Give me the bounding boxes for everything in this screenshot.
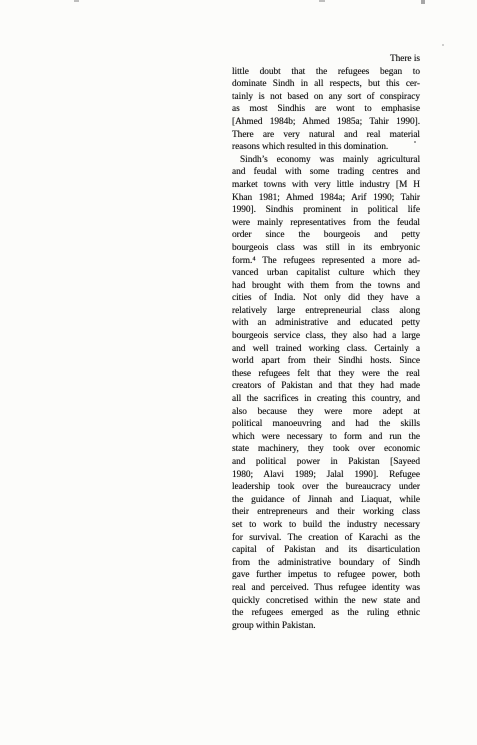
- text-line: their entrepreneurs and their working cl…: [232, 506, 420, 519]
- text-line: bourgeois class was still in its embryon…: [232, 242, 420, 255]
- text-line: set to work to build the industry necess…: [232, 519, 420, 532]
- text-line: reasons which resulted in this dominatio…: [232, 141, 420, 154]
- text-line: and feudal with some trading centres and: [232, 166, 420, 179]
- text-line: dominate Sindh in all respects, but this…: [232, 78, 420, 91]
- text-line: were mainly representatives from the feu…: [232, 217, 420, 230]
- text-line: [Ahmed 1984b; Ahmed 1985a; Tahir 1990].: [232, 116, 420, 129]
- text-line: leadership took over the bureaucracy und…: [232, 481, 420, 494]
- text-line: these refugees felt that they were the r…: [232, 368, 420, 381]
- text-line: 1980; Alavi 1989; Jalal 1990]. Refugee: [232, 469, 420, 482]
- text-line: state machinery, they took over economic: [232, 443, 420, 456]
- text-line: cities of India. Not only did they have …: [232, 292, 420, 305]
- scan-registration-mark: [319, 0, 325, 2]
- text-line: political manoeuvring and had the skills: [232, 418, 420, 431]
- text-line: tainly is not based on any sort of consp…: [232, 91, 420, 104]
- text-line: capital of Pakistan and its disarticulat…: [232, 544, 420, 557]
- text-line: Sindh’s economy was mainly agricultural: [232, 154, 420, 167]
- text-line: market towns with very little industry […: [232, 179, 420, 192]
- text-line: There are very natural and real material: [232, 129, 420, 142]
- scan-registration-mark: [74, 0, 79, 2]
- text-line: from the administrative boundary of Sind…: [232, 557, 420, 570]
- text-line: as most Sindhis are wont to emphasise: [232, 103, 420, 116]
- text-line: and political power in Pakistan [Sayeed: [232, 456, 420, 469]
- text-line: bourgeois service class, they also had a…: [232, 330, 420, 343]
- text-line: with an administrative and educated pett…: [232, 317, 420, 330]
- text-line: gave further impetus to refugee power, b…: [232, 569, 420, 582]
- scan-registration-mark: [421, 0, 425, 4]
- text-line: group within Pakistan.: [232, 620, 420, 633]
- text-line: Khan 1981; Ahmed 1984a; Arif 1990; Tahir: [232, 192, 420, 205]
- text-line: little doubt that the refugees began to: [232, 66, 420, 79]
- text-line: all the sacrifices in creating this coun…: [232, 393, 420, 406]
- text-line: for survival. The creation of Karachi as…: [232, 532, 420, 545]
- text-line: the guidance of Jinnah and Liaquat, whil…: [232, 494, 420, 507]
- text-line: world apart from their Sindhi hosts. Sin…: [232, 355, 420, 368]
- text-line: the refugees emerged as the ruling ethni…: [232, 607, 420, 620]
- text-line: form.⁴ The refugees represented a more a…: [232, 255, 420, 268]
- text-line: had brought with them from the towns and: [232, 280, 420, 293]
- text-line: order since the bourgeois and petty: [232, 229, 420, 242]
- text-line: and well trained working class. Certainl…: [232, 343, 420, 356]
- text-line: quickly concretised within the new state…: [232, 595, 420, 608]
- scan-speck: [442, 44, 444, 46]
- text-line: 1990]. Sindhis prominent in political li…: [232, 204, 420, 217]
- text-line: which were necessary to form and run the: [232, 431, 420, 444]
- text-line: vanced urban capitalist culture which th…: [232, 267, 420, 280]
- scanned-page: There islittle doubt that the refugees b…: [0, 0, 477, 745]
- text-line: real and perceived. Thus refugee identit…: [232, 582, 420, 595]
- text-line: creators of Pakistan and that they had m…: [232, 380, 420, 393]
- text-line: relatively large entrepreneurial class a…: [232, 305, 420, 318]
- text-line: also because they were more adept at: [232, 406, 420, 419]
- text-line: There is: [232, 53, 420, 66]
- article-text-column: There islittle doubt that the refugees b…: [232, 53, 420, 632]
